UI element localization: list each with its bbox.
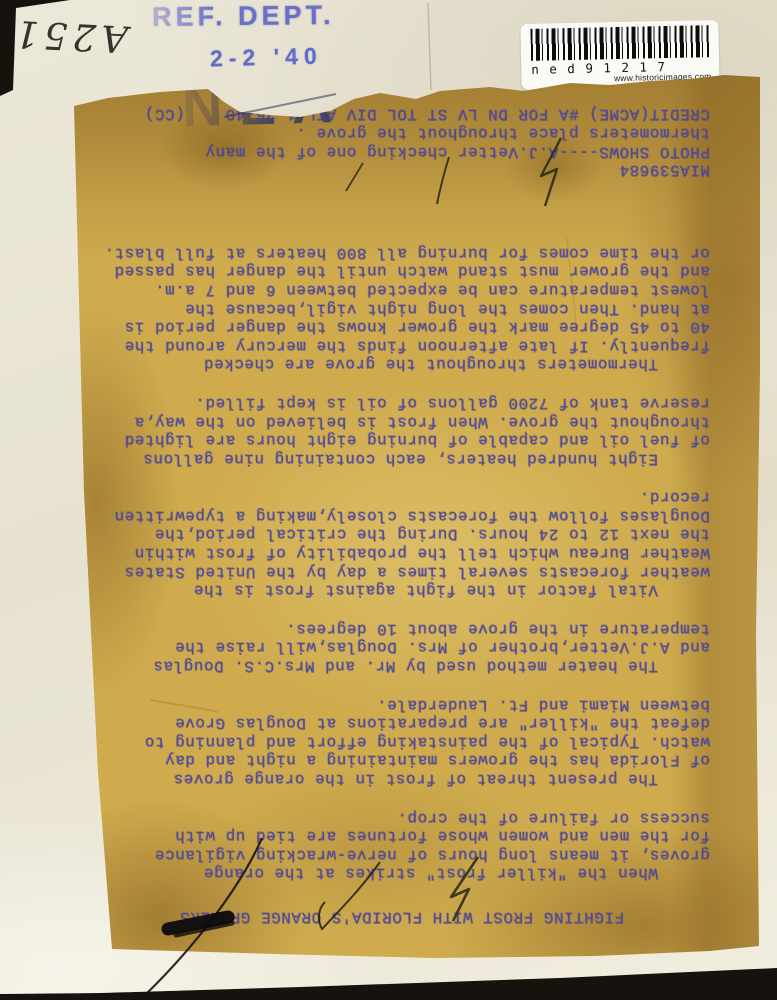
caption-paragraph: Eight hundred heaters, each containing n… [94, 393, 710, 467]
caption-paragraph: The heater method used by Mr. and Mrs.C.… [94, 619, 710, 675]
caption-title: FIGHTING FROST WITH FLORIDA'S ORANGE GRO… [94, 907, 710, 926]
barcode-icon [530, 25, 711, 61]
date-stamp: 2-2 '40 [210, 43, 323, 73]
caption-paragraph: When the "killer frost" strikes at the o… [94, 808, 710, 882]
caption-sheet: NEA FIGHTING FROST WITH FLORIDA'S ORANGE… [74, 72, 760, 960]
caption-paragraph: The present threat of frost in the orang… [94, 695, 710, 788]
typewritten-caption: FIGHTING FROST WITH FLORIDA'S ORANGE GRO… [74, 72, 760, 960]
photo-number: MIA539684 [94, 161, 710, 180]
photo-back-scan: A251 REF. DEPT. 2-2 '40 ned91217 www.his… [0, 0, 777, 1000]
credit-block: MIA539684 PHOTO SHOWS----A.J.Vetter chec… [94, 105, 710, 179]
handwritten-code: A251 [21, 3, 130, 60]
caption-paragraph: Vital factor in the fight against frost … [94, 488, 710, 600]
ref-dept-stamp: REF. DEPT. [152, 0, 335, 33]
caption-paragraph: Thermometers throughout the grove are ch… [94, 243, 710, 373]
